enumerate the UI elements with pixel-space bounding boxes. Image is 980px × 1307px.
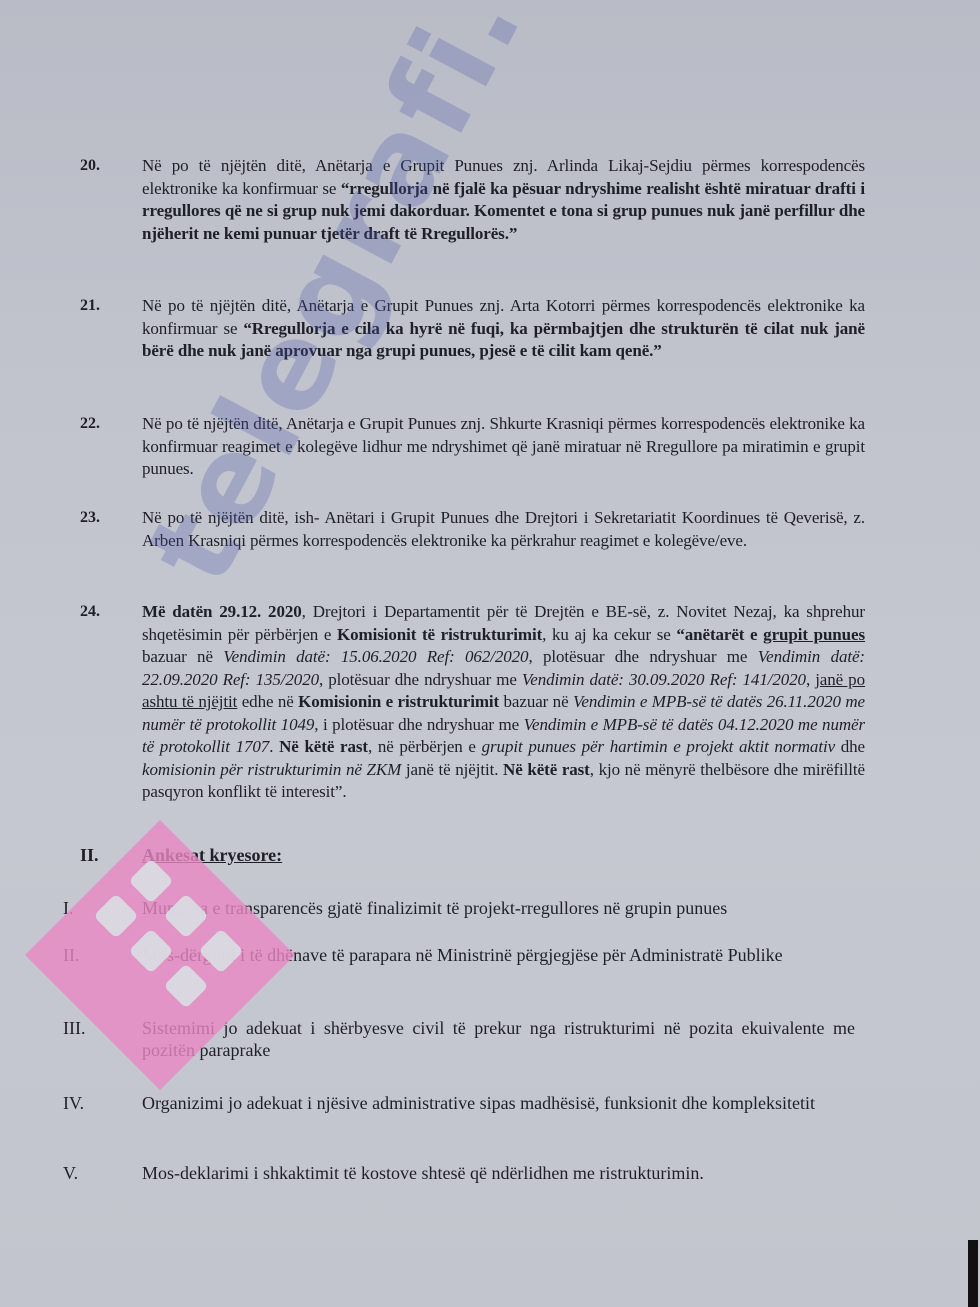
text-run: grupit punues për hartimin e projekt akt… xyxy=(482,737,835,756)
text-run: , plotësuar dhe ndryshuar me xyxy=(319,670,522,689)
complaint-number: IV. xyxy=(55,1092,142,1114)
text-run: Në po të njëjtën ditë, ish- Anëtari i Gr… xyxy=(142,508,865,550)
text-run: bazuar në xyxy=(499,692,573,711)
text-run: komisionin për ristrukturimin në ZKM xyxy=(142,760,401,779)
complaint-item: IV. Organizimi jo adekuat i njësive admi… xyxy=(55,1092,855,1114)
text-run: Më datën 29.12. 2020 xyxy=(142,602,302,621)
text-run: . xyxy=(269,737,279,756)
text-run: Në këtë rast xyxy=(503,760,590,779)
paragraph-22: 22. Në po të njëjtën ditë, Anëtarja e Gr… xyxy=(80,413,865,481)
complaint-text: Mos-dërgimi i të dhënave të parapara në … xyxy=(142,944,855,966)
text-run: edhe në xyxy=(237,692,298,711)
paragraph-number: 23. xyxy=(80,507,142,552)
text-run: , i plotësuar dhe ndryshuar me xyxy=(314,715,523,734)
paragraph-21: 21. Në po të njëjtën ditë, Anëtarja e Gr… xyxy=(80,295,865,363)
paragraph-20: 20. Në po të njëjtën ditë, Anëtarja e Gr… xyxy=(80,155,865,245)
document-page: 20. Në po të njëjtën ditë, Anëtarja e Gr… xyxy=(0,0,980,1307)
paragraph-body: Në po të njëjtën ditë, Anëtarja e Grupit… xyxy=(142,295,865,363)
paragraph-body: Më datën 29.12. 2020, Drejtori i Departa… xyxy=(142,601,865,804)
complaint-item: II. Mos-dërgimi i të dhënave të parapara… xyxy=(55,944,855,966)
section-title: Ankesat kryesore: xyxy=(142,845,282,866)
text-run: “anëtarët e xyxy=(676,625,763,644)
paragraph-24: 24. Më datën 29.12. 2020, Drejtori i Dep… xyxy=(80,601,865,804)
complaint-number: V. xyxy=(55,1162,142,1184)
complaint-text: Mos-deklarimi i shkaktimit të kostove sh… xyxy=(142,1162,855,1184)
page-edge-shadow xyxy=(968,1240,978,1307)
complaint-text: Mungesa e transparencës gjatë finalizimi… xyxy=(142,897,855,919)
complaint-number: III. xyxy=(55,1017,142,1061)
text-run: janë të njëjtit. xyxy=(401,760,503,779)
text-run: dhe xyxy=(835,737,865,756)
text-run: bazuar në xyxy=(142,647,223,666)
paragraph-number: 20. xyxy=(80,155,142,245)
text-run: Në po të njëjtën ditë, Anëtarja e Grupit… xyxy=(142,414,865,478)
complaint-number: II. xyxy=(55,944,142,966)
text-run: Komisionin e ristrukturimit xyxy=(298,692,499,711)
paragraph-body: Në po të njëjtën ditë, Anëtarja e Grupit… xyxy=(142,155,865,245)
section-heading: II. Ankesat kryesore: xyxy=(80,845,282,866)
complaint-text: Organizimi jo adekuat i njësive administ… xyxy=(142,1092,855,1114)
text-run: Në këtë rast xyxy=(279,737,368,756)
paragraph-23: 23. Në po të njëjtën ditë, ish- Anëtari … xyxy=(80,507,865,552)
text-run: Vendimin datë: 30.09.2020 Ref: 141/2020 xyxy=(522,670,806,689)
paragraph-body: Në po të njëjtën ditë, Anëtarja e Grupit… xyxy=(142,413,865,481)
text-run: , xyxy=(806,670,815,689)
complaint-item: V. Mos-deklarimi i shkaktimit të kostove… xyxy=(55,1162,855,1184)
complaint-number: I. xyxy=(55,897,142,919)
text-run: , në përbërjen e xyxy=(368,737,482,756)
paragraph-body: Në po të njëjtën ditë, ish- Anëtari i Gr… xyxy=(142,507,865,552)
text-run: Vendimin datë: 15.06.2020 Ref: 062/2020 xyxy=(223,647,528,666)
text-run: Komisionit të ristrukturimit xyxy=(337,625,542,644)
paragraph-number: 21. xyxy=(80,295,142,363)
text-run: , plotësuar dhe ndryshuar me xyxy=(528,647,757,666)
complaint-item: III. Sistemimi jo adekuat i shërbyesve c… xyxy=(55,1017,855,1061)
text-run: “Rregullorja e cila ka hyrë në fuqi, ka … xyxy=(142,319,865,361)
paragraph-number: 24. xyxy=(80,601,142,804)
section-number: II. xyxy=(80,845,142,866)
complaint-text: Sistemimi jo adekuat i shërbyesve civil … xyxy=(142,1017,855,1061)
complaint-item: I. Mungesa e transparencës gjatë finaliz… xyxy=(55,897,855,919)
paragraph-number: 22. xyxy=(80,413,142,481)
text-run: grupit punues xyxy=(763,625,865,644)
text-run: , ku aj ka cekur se xyxy=(542,625,676,644)
